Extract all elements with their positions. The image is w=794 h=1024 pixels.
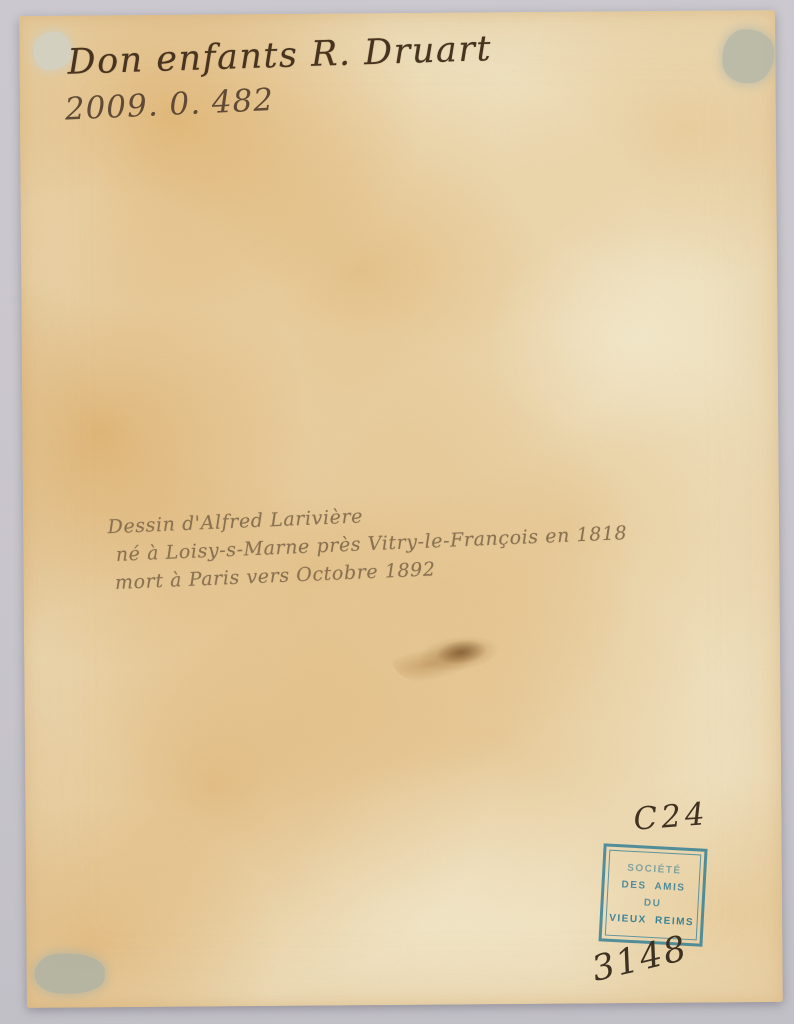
document-verso-paper: Don enfants R. Druart 2009. 0. 482 Dessi… [19,10,783,1008]
stamp-line-societe: SOCIÉTÉ [627,863,682,877]
adhesive-residue-top-left [33,32,71,70]
artist-pencil-note: Dessin d'Alfred Larivière né à Loisy-s-M… [107,491,629,597]
collection-stamp-inner-border: SOCIÉTÉ DES AMIS DU VIEUX REIMS [605,850,701,941]
stamp-line-du: DU [644,898,662,910]
adhesive-residue-bottom-left [34,953,104,994]
dark-stain-blot [389,617,516,692]
donation-inscription: Don enfants R. Druart [67,29,493,83]
stamp-line-des-amis: DES AMIS [621,879,685,893]
classification-mark: C24 [632,796,710,838]
collection-stamp: SOCIÉTÉ DES AMIS DU VIEUX REIMS [599,843,708,946]
stamp-line-vieux-reims: VIEUX REIMS [609,913,694,929]
accession-number: 2009. 0. 482 [64,82,275,128]
adhesive-residue-top-right [722,29,774,83]
photo-backdrop: Don enfants R. Druart 2009. 0. 482 Dessi… [0,0,794,1024]
